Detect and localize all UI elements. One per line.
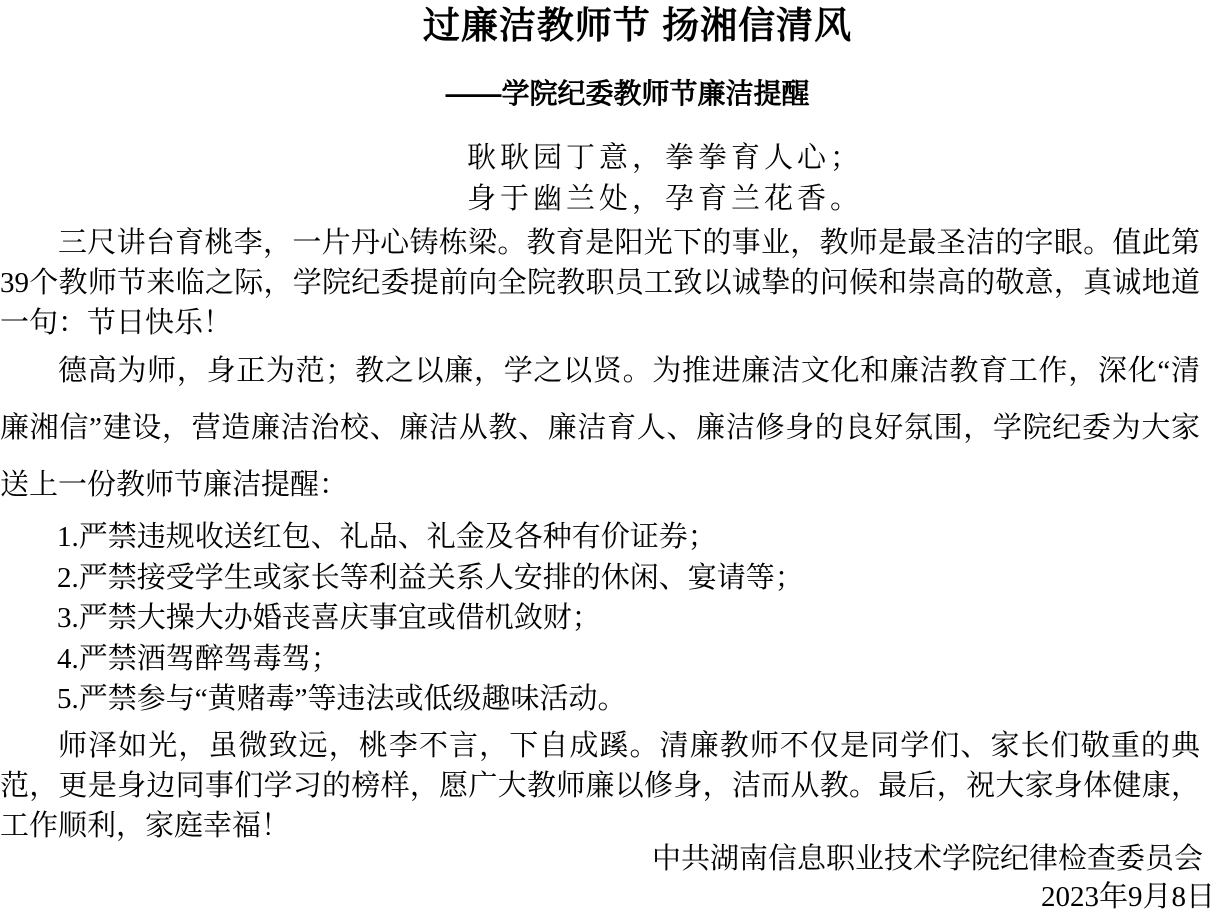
reminder-item-4: 4.严禁酒驾醉驾毒驾； (57, 639, 1223, 680)
reminder-item-3: 3.严禁大操大办婚丧喜庆事宜或借机敛财； (57, 598, 1223, 639)
paragraph-greeting: 三尺讲台育桃李，一片丹心铸栋梁。教育是阳光下的事业，教师是最圣洁的字眼。值此第3… (0, 223, 1223, 343)
reminder-item-2: 2.严禁接受学生或家长等利益关系人安排的休闲、宴请等； (57, 558, 1223, 599)
paragraph-closing: 师泽如光，虽微致远，桃李不言，下自成蹊。清廉教师不仅是同学们、家长们敬重的典范，… (0, 726, 1223, 846)
poem-line-1: 耿耿园丁意，拳拳育人心； (0, 138, 1223, 179)
poem-line-2: 身于幽兰处，孕育兰花香。 (0, 179, 1223, 220)
document-date: 2023年9月8日 (0, 877, 1223, 917)
poem-block: 耿耿园丁意，拳拳育人心； 身于幽兰处，孕育兰花香。 (0, 138, 1223, 220)
reminder-item-5: 5.严禁参与“黄赌毒”等违法或低级趣味活动。 (57, 679, 1223, 720)
document-page: 过廉洁教师节 扬湘信清风 ——学院纪委教师节廉洁提醒 耿耿园丁意，拳拳育人心； … (0, 5, 1223, 917)
reminder-item-1: 1.严禁违规收送红包、礼品、礼金及各种有价证券； (57, 517, 1223, 558)
reminder-list: 1.严禁违规收送红包、礼品、礼金及各种有价证券； 2.严禁接受学生或家长等利益关… (0, 517, 1223, 720)
paragraph-intro: 德高为师，身正为范；教之以廉，学之以贤。为推进廉洁文化和廉洁教育工作，深化“清廉… (0, 343, 1223, 514)
document-title: 过廉洁教师节 扬湘信清风 (0, 5, 1223, 47)
document-subtitle: ——学院纪委教师节廉洁提醒 (0, 78, 1223, 110)
